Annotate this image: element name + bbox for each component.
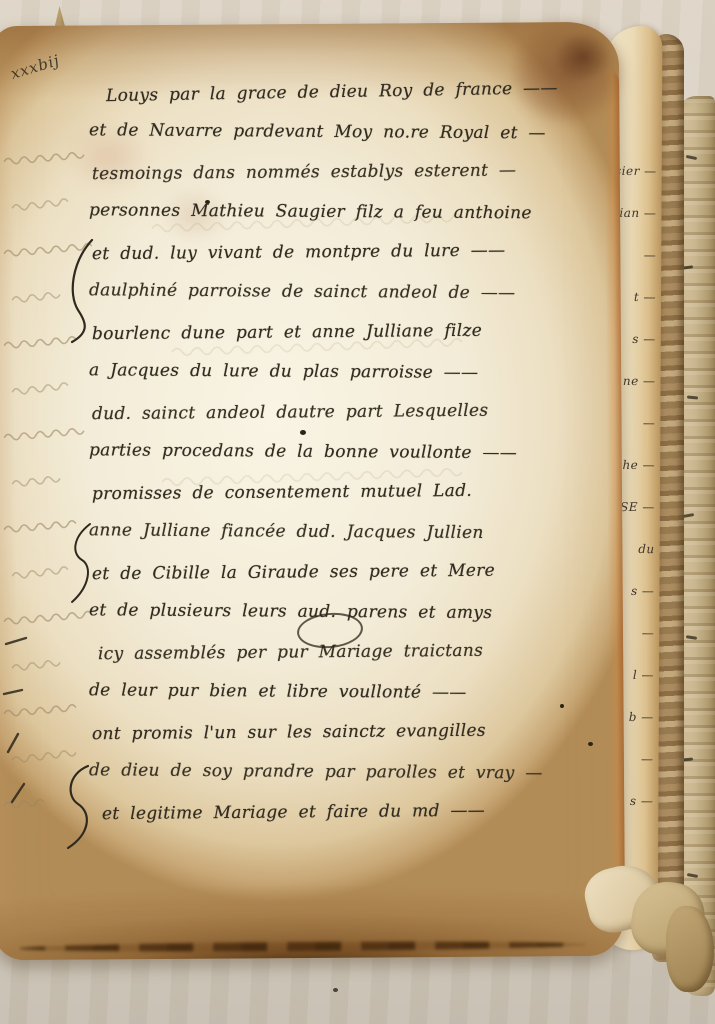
next-page-text-fragment: l —: [633, 668, 654, 682]
handwritten-line: ont promis l'un sur les sainctz evangill…: [92, 710, 590, 754]
ink-mark: [686, 155, 697, 160]
next-page-text-fragment: b —: [629, 710, 654, 724]
next-page-text-fragment: —: [642, 626, 655, 640]
ink-speck: [560, 704, 564, 708]
handwritten-line: bourlenc dune part et anne Julliane filz…: [92, 310, 590, 354]
curled-page-corner: [666, 906, 714, 992]
ink-mark: [687, 395, 698, 399]
next-page-text-fragment: s —: [632, 332, 656, 346]
handwritten-line: anne Julliane fiancée dud. Jacques Julli…: [89, 510, 587, 553]
handwritten-line: a Jacques du lure du plas parroisse ——: [89, 350, 587, 393]
ink-flourish: [64, 236, 98, 346]
handwritten-line: et legitime Mariage et faire du md ——: [92, 790, 590, 834]
ink-mark: [687, 873, 698, 878]
bleedthrough-line: [9, 188, 101, 218]
handwritten-line: daulphiné parroisse de sainct andeol de …: [89, 270, 587, 313]
handwritten-line: parties procedans de la bonne voullonte …: [89, 430, 587, 473]
ink-speck: [588, 742, 593, 746]
ink-mark: [686, 635, 697, 640]
handwritten-line: personnes Mathieu Saugier filz a feu ant…: [89, 190, 587, 233]
handwritten-line: et dud. luy vivant de montpre du lure ——: [92, 230, 590, 274]
bleedthrough-line: [9, 372, 101, 402]
next-page-text-fragment: —: [641, 752, 654, 766]
handwritten-line: et de Navarre pardevant Moy no.re Royal …: [89, 110, 587, 153]
table-speck: [333, 988, 338, 992]
manuscript-photo: uyssier — ddrian — — t — s — ne — — che …: [0, 0, 715, 1024]
next-page-text-fragment: du: [638, 542, 654, 556]
ink-speck: [205, 200, 210, 204]
handwritten-line: dud. sainct andeol dautre part Lesquelle…: [92, 390, 590, 434]
handwritten-line: Louys par la grace de dieu Roy de france…: [92, 68, 591, 117]
bleedthrough-line: [9, 464, 101, 494]
ink-flourish: [66, 520, 96, 606]
margin-ink-marks: [2, 634, 32, 814]
bleedthrough-line: [1, 604, 92, 631]
handwritten-line: et de Cibille la Giraude ses pere et Mer…: [92, 550, 590, 594]
next-page-text-fragment: s —: [630, 794, 654, 808]
next-page-text-fragment: t —: [634, 290, 656, 304]
bleedthrough-line: [1, 420, 92, 447]
ink-flourish: [62, 760, 96, 852]
ink-mark: [683, 513, 694, 518]
handwritten-line: de leur pur bien et libre voullonté ——: [89, 670, 587, 713]
handwritten-line: tesmoings dans nommés establys esterent …: [92, 150, 590, 194]
next-page-text-fragment: s —: [631, 584, 655, 598]
handwritten-line: promisses de consentement mutuel Lad.: [92, 470, 590, 514]
next-page-text-fragment: —: [644, 248, 657, 262]
next-page-text-fragment: —: [643, 416, 656, 430]
manuscript-text: Louys par la grace de dieu Roy de france…: [92, 72, 590, 832]
ink-speck: [300, 430, 306, 435]
handwritten-line: de dieu de soy prandre par parolles et v…: [89, 750, 587, 793]
next-page-text-fragment: ne —: [623, 374, 656, 388]
bleedthrough-line: [1, 144, 92, 171]
